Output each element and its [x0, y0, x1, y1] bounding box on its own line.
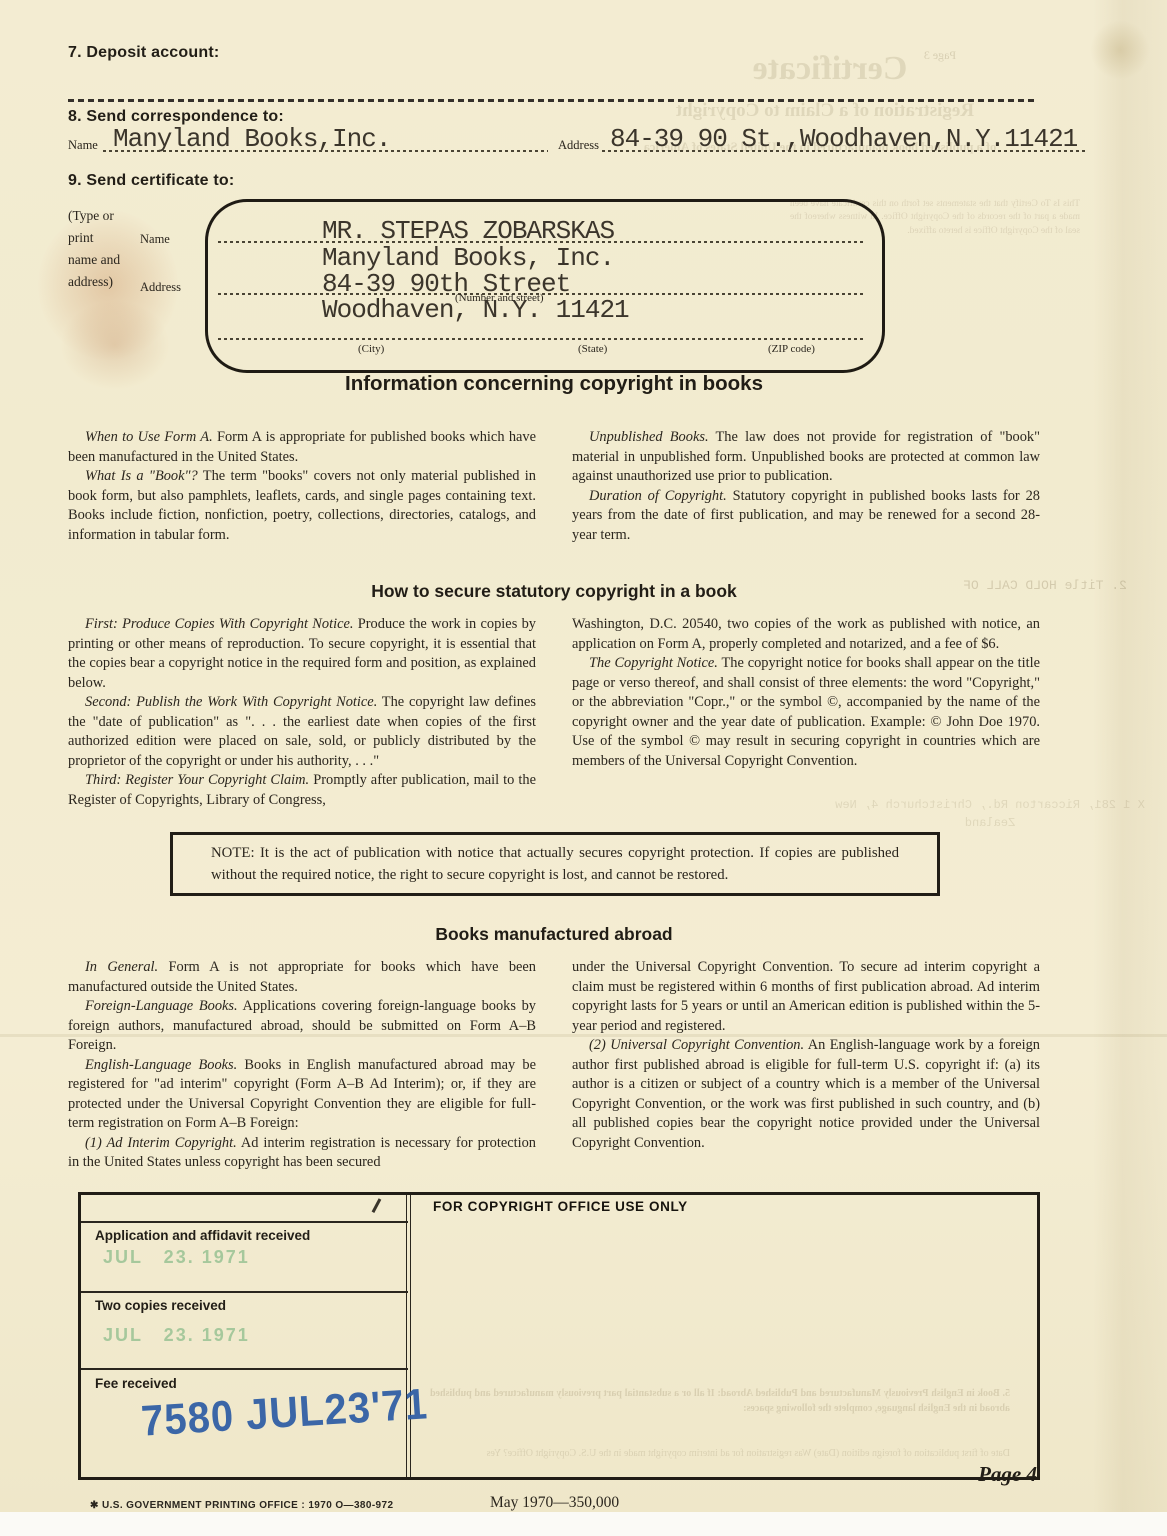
office-divider: [81, 1368, 408, 1370]
correspondence-name-label: Name: [68, 138, 98, 153]
correspondence-address-label: Address: [558, 138, 599, 153]
date-stamp-application: JUL 23. 1971: [103, 1247, 250, 1268]
fee-number-stamp: 7580 JUL23'71: [140, 1380, 430, 1446]
certificate-typed-city: Woodhaven, N.Y. 11421: [322, 295, 629, 325]
date-stamp-copies: JUL 23. 1971: [103, 1325, 250, 1346]
certificate-side-note: (Type or: [68, 208, 114, 224]
scanned-form-page: Certificate Registration of a Claim to C…: [0, 0, 1167, 1536]
deposit-account-heading: 7. Deposit account:: [68, 44, 219, 62]
paragraph: When to Use Form A. Form A is appropriat…: [68, 428, 536, 467]
paragraph: English-Language Books. Books in English…: [68, 1056, 536, 1134]
paragraph: The Copyright Notice. The copyright noti…: [572, 654, 1040, 771]
office-divider: [81, 1291, 408, 1293]
paper-stain: [1090, 20, 1150, 80]
section-heading-secure: How to secure statutory copyright in a b…: [68, 581, 1040, 602]
paragraph: Unpublished Books. The law does not prov…: [572, 428, 1040, 487]
abroad-right-column: under the Universal Copyright Convention…: [572, 958, 1040, 1153]
secure-left-column: First: Produce Copies With Copyright Not…: [68, 615, 536, 810]
paragraph: Duration of Copyright. Statutory copyrig…: [572, 487, 1040, 546]
note-box: NOTE: It is the act of publication with …: [170, 832, 940, 896]
pen-mark: [372, 1198, 381, 1212]
paragraph: Washington, D.C. 20540, two copies of th…: [572, 615, 1040, 654]
dotted-line: [602, 150, 1088, 152]
note-text: NOTE: It is the act of publication with …: [173, 842, 937, 886]
certificate-address-label: Address: [140, 280, 181, 295]
info-left-column: When to Use Form A. Form A is appropriat…: [68, 428, 536, 545]
office-use-header: FOR COPYRIGHT OFFICE USE ONLY: [433, 1199, 688, 1214]
state-label: (State): [578, 343, 607, 355]
section-heading-information: Information concerning copyright in book…: [68, 372, 1040, 396]
certificate-side-note: address): [68, 274, 113, 290]
paragraph: (2) Universal Copyright Convention. An E…: [572, 1036, 1040, 1153]
abroad-left-column: In General. Form A is not appropriate fo…: [68, 958, 536, 1173]
paragraph: In General. Form A is not appropriate fo…: [68, 958, 536, 997]
application-received-label: Application and affidavit received: [95, 1228, 310, 1243]
paragraph: What Is a "Book"? The term "books" cover…: [68, 467, 536, 545]
paragraph: Second: Publish the Work With Copyright …: [68, 693, 536, 771]
certificate-side-note: print: [68, 230, 94, 246]
section-heading-abroad: Books manufactured abroad: [68, 924, 1040, 945]
office-vertical-rule: [406, 1195, 411, 1477]
paper-fold-shading: [1093, 0, 1167, 1512]
info-right-column: Unpublished Books. The law does not prov…: [572, 428, 1040, 545]
paragraph: Third: Register Your Copyright Claim. Pr…: [68, 771, 536, 810]
certificate-side-note: name and: [68, 252, 120, 268]
printing-office-note: ✱ U.S. GOVERNMENT PRINTING OFFICE : 1970…: [90, 1500, 393, 1511]
copyright-office-box: FOR COPYRIGHT OFFICE USE ONLY Applicatio…: [78, 1192, 1040, 1480]
page-number: Page 4: [855, 1462, 1037, 1487]
office-divider: [81, 1221, 408, 1223]
paragraph: First: Produce Copies With Copyright Not…: [68, 615, 536, 693]
dotted-line: [218, 338, 866, 340]
paragraph: Foreign-Language Books. Applications cov…: [68, 997, 536, 1056]
two-copies-received-label: Two copies received: [95, 1298, 226, 1313]
certificate-heading: 9. Send certificate to:: [68, 172, 234, 190]
print-run-note: May 1970—350,000: [490, 1494, 619, 1512]
secure-right-column: Washington, D.C. 20540, two copies of th…: [572, 615, 1040, 771]
fee-received-label: Fee received: [95, 1376, 177, 1391]
paragraph: (1) Ad Interim Copyright. Ad interim reg…: [68, 1134, 536, 1173]
dotted-line: [103, 150, 548, 152]
dashed-separator: [68, 99, 1035, 102]
certificate-name-label: Name: [140, 232, 170, 247]
city-label: (City): [358, 343, 384, 355]
paragraph: under the Universal Copyright Convention…: [572, 958, 1040, 1036]
zip-label: (ZIP code): [768, 343, 815, 355]
